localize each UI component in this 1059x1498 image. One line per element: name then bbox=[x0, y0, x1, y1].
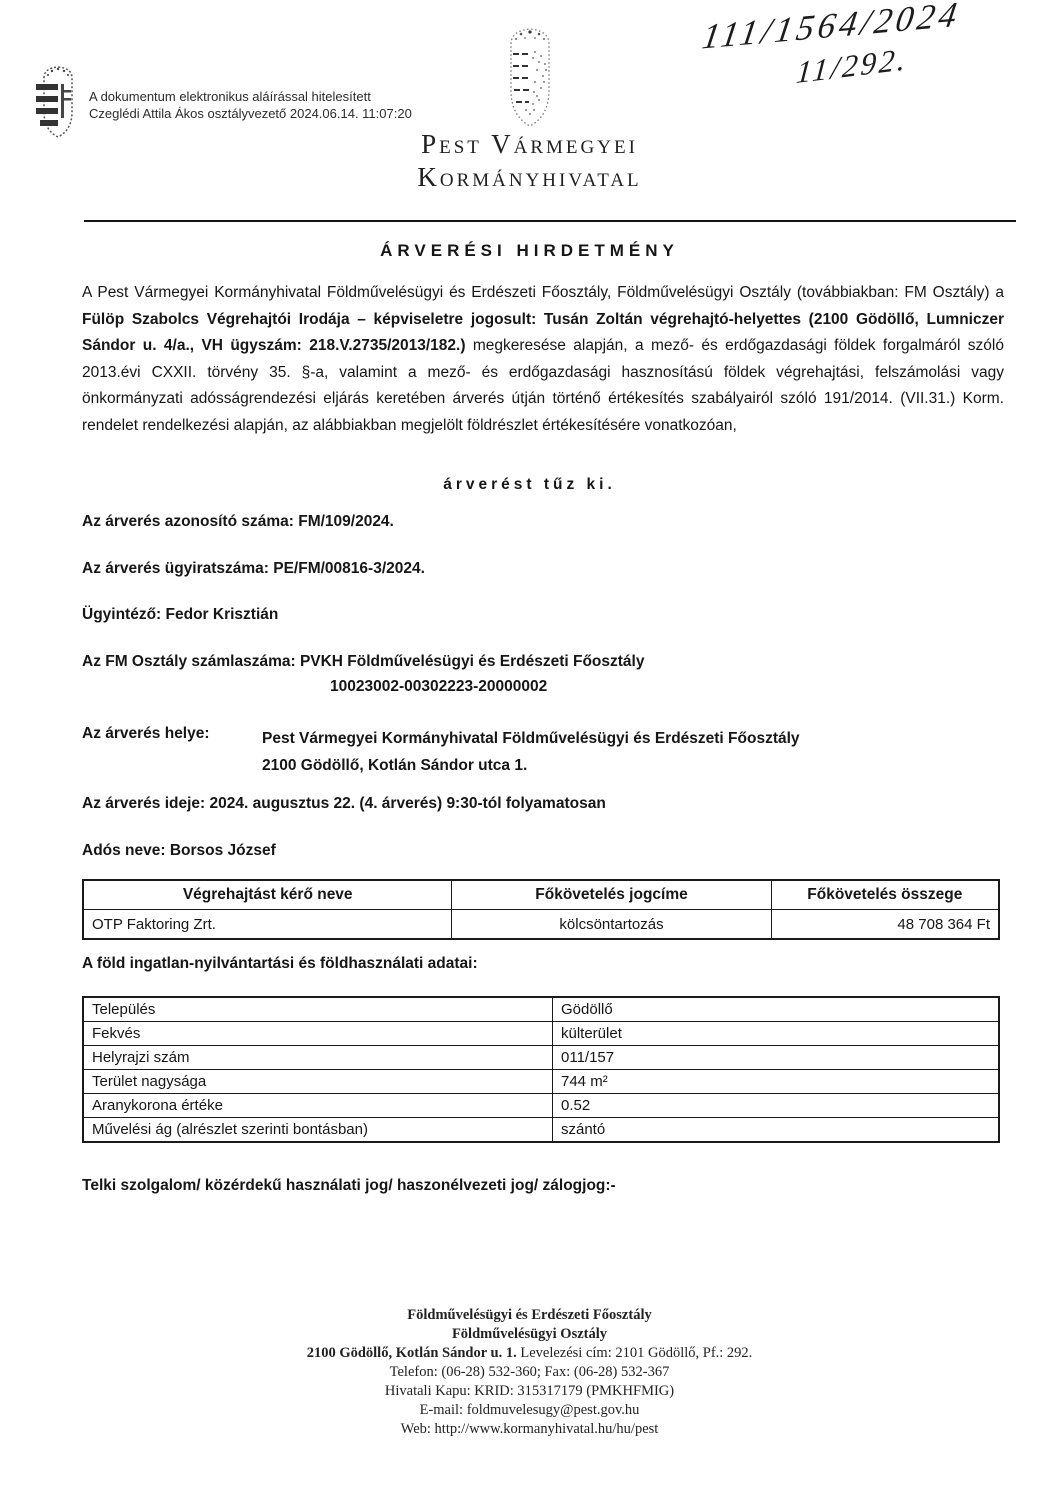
footer-division: Földművelésügyi Osztály bbox=[0, 1325, 1059, 1344]
declaration-line: árverést tűz ki. bbox=[0, 476, 1059, 494]
footer-email: E-mail: foldmuvelesugy@pest.gov.hu bbox=[0, 1401, 1059, 1420]
footer: Földművelésügyi és Erdészeti Főosztály F… bbox=[0, 1306, 1059, 1439]
claim-amount-cell: 48 708 364 Ft bbox=[771, 910, 999, 940]
land-table-row-settlement: Település Gödöllő bbox=[83, 997, 999, 1022]
land-value-parcel: 011/157 bbox=[553, 1046, 1000, 1070]
debtor-line: Adós neve: Borsos József bbox=[82, 842, 276, 860]
footer-phone: Telefon: (06-28) 532-360; Fax: (06-28) 5… bbox=[0, 1363, 1059, 1382]
footer-krid: Hivatali Kapu: KRID: 315317179 (PMKHFMIG… bbox=[0, 1382, 1059, 1401]
land-key-parcel: Helyrajzi szám bbox=[83, 1046, 553, 1070]
auction-place-value: Pest Vármegyei Kormányhivatal Földművelé… bbox=[262, 725, 800, 779]
land-key-area: Terület nagysága bbox=[83, 1070, 553, 1094]
case-number-line: Az árverés ügyiratszáma: PE/FM/00816-3/2… bbox=[82, 560, 425, 578]
auction-id-line: Az árverés azonosító száma: FM/109/2024. bbox=[82, 513, 394, 531]
claim-legal-title-cell: kölcsöntartozás bbox=[452, 910, 771, 940]
land-table: Település Gödöllő Fekvés külterület Hely… bbox=[82, 996, 1000, 1143]
rights-line: Telki szolgalom/ közérdekű használati jo… bbox=[82, 1177, 616, 1195]
clerk-line: Ügyintéző: Fedor Krisztián bbox=[82, 606, 278, 624]
footer-address-bold: 2100 Gödöllő, Kotlán Sándor u. 1. bbox=[307, 1345, 517, 1361]
land-key-goldcrown: Aranykorona értéke bbox=[83, 1094, 553, 1118]
land-value-goldcrown: 0.52 bbox=[553, 1094, 1000, 1118]
auction-place-line1: Pest Vármegyei Kormányhivatal Földművelé… bbox=[262, 725, 800, 752]
land-table-row-area: Terület nagysága 744 m² bbox=[83, 1070, 999, 1094]
claim-creditor-cell: OTP Faktoring Zrt. bbox=[83, 910, 452, 940]
org-name-line2: Kormányhivatal bbox=[0, 161, 1059, 194]
intro-pre: A Pest Vármegyei Kormányhivatal Földműve… bbox=[82, 284, 1004, 301]
intro-paragraph: A Pest Vármegyei Kormányhivatal Földműve… bbox=[82, 280, 1004, 439]
land-key-cultivation: Művelési ág (alrészlet szerinti bontásba… bbox=[83, 1118, 553, 1143]
land-table-row-goldcrown: Aranykorona értéke 0.52 bbox=[83, 1094, 999, 1118]
claim-table-header-row: Végrehajtást kérő neve Főkövetelés jogcí… bbox=[83, 880, 999, 910]
coat-of-arms-large-icon bbox=[0, 26, 1059, 135]
land-key-location: Fekvés bbox=[83, 1022, 553, 1046]
claim-table: Végrehajtást kérő neve Főkövetelés jogcí… bbox=[82, 879, 1000, 940]
footer-address-rest: Levelezési cím: 2101 Gödöllő, Pf.: 292. bbox=[517, 1345, 753, 1361]
land-value-area: 744 m² bbox=[553, 1070, 1000, 1094]
footer-department: Földművelésügyi és Erdészeti Főosztály bbox=[0, 1306, 1059, 1325]
org-name: Pest Vármegyei Kormányhivatal bbox=[0, 128, 1059, 194]
auction-place-line2: 2100 Gödöllő, Kotlán Sándor utca 1. bbox=[262, 752, 800, 779]
land-table-row-location: Fekvés külterület bbox=[83, 1022, 999, 1046]
land-section-title: A föld ingatlan-nyilvántartási és földha… bbox=[82, 955, 478, 973]
auction-place-label: Az árverés helye: bbox=[82, 725, 210, 743]
claim-table-row: OTP Faktoring Zrt. kölcsöntartozás 48 70… bbox=[83, 910, 999, 940]
land-value-location: külterület bbox=[553, 1022, 1000, 1046]
org-name-line1: Pest Vármegyei bbox=[0, 128, 1059, 161]
account-label-line: Az FM Osztály számlaszáma: PVKH Földműve… bbox=[82, 653, 644, 671]
header-divider bbox=[84, 220, 1016, 222]
footer-web: Web: http://www.kormanyhivatal.hu/hu/pes… bbox=[0, 1420, 1059, 1439]
account-number-line: 10023002-00302223-20000002 bbox=[330, 678, 547, 696]
footer-address: 2100 Gödöllő, Kotlán Sándor u. 1. Levele… bbox=[0, 1344, 1059, 1363]
land-key-settlement: Település bbox=[83, 997, 553, 1022]
page-title: ÁRVERÉSI HIRDETMÉNY bbox=[0, 241, 1059, 261]
auction-notice-page: { "stamp": { "line1": "A dokumentum elek… bbox=[0, 0, 1059, 1498]
claim-table-header-amount: Főkövetelés összege bbox=[771, 880, 999, 910]
land-table-row-parcel: Helyrajzi szám 011/157 bbox=[83, 1046, 999, 1070]
land-value-cultivation: szántó bbox=[553, 1118, 1000, 1143]
land-value-settlement: Gödöllő bbox=[553, 997, 1000, 1022]
land-table-row-cultivation: Művelési ág (alrészlet szerinti bontásba… bbox=[83, 1118, 999, 1143]
auction-time-line: Az árverés ideje: 2024. augusztus 22. (4… bbox=[82, 795, 606, 813]
claim-table-header-creditor: Végrehajtást kérő neve bbox=[83, 880, 452, 910]
claim-table-header-legal-title: Főkövetelés jogcíme bbox=[452, 880, 771, 910]
